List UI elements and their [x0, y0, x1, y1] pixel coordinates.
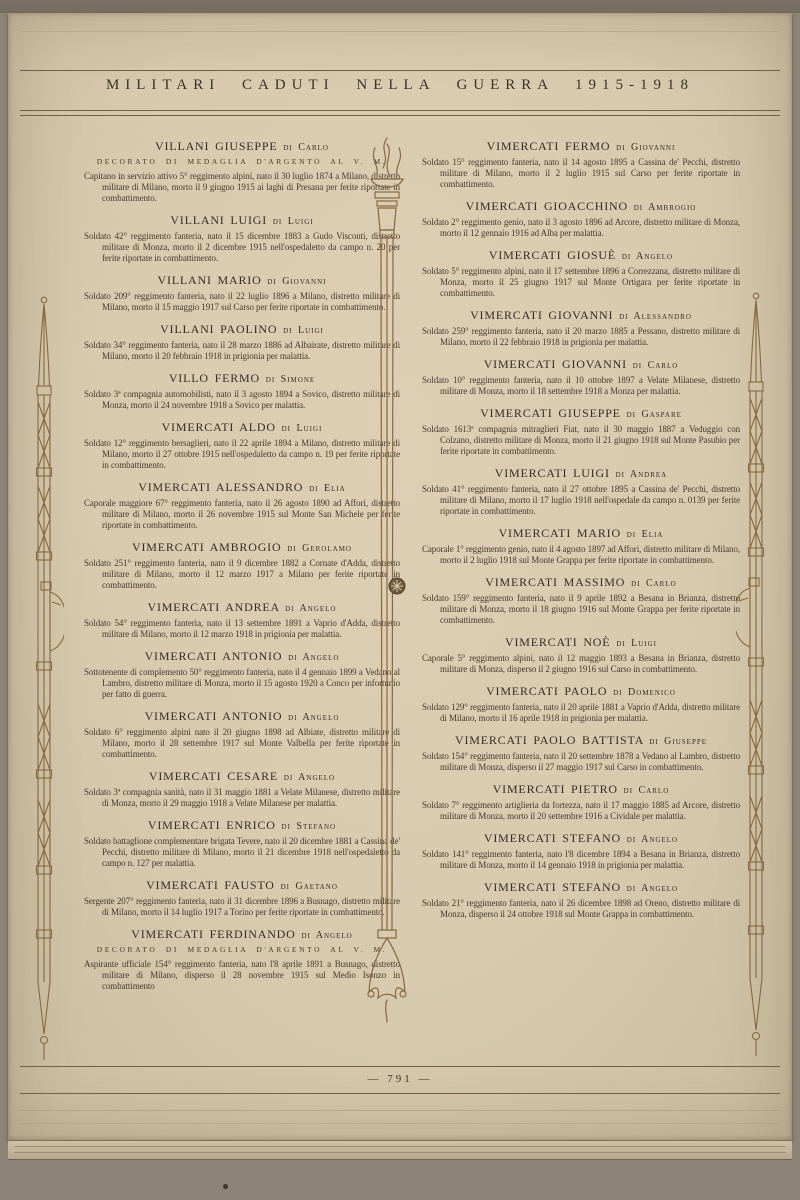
soldier-record-text: Soldato 141° reggimento fanteria, nato l… [422, 849, 740, 871]
soldier-entry: VIMERCATI ANTONIO di Angelo Soldato 6° r… [84, 709, 400, 760]
soldier-heading: VIMERCATI GIOSUÈ di Angelo [422, 248, 740, 263]
footer-rule-bottom [20, 1093, 780, 1094]
soldier-name: VIMERCATI FERMO [487, 139, 611, 153]
soldier-record-text: Soldato battaglione complementare brigat… [84, 836, 400, 869]
soldier-heading: VILLANI PAOLINO di Luigi [84, 322, 400, 337]
soldier-heading: VIMERCATI PAOLO di Domenico [422, 684, 740, 699]
soldier-record-text: Soldato 15° reggimento fanteria, nato il… [422, 157, 740, 190]
soldier-entry: VIMERCATI STEFANO di Angelo Soldato 21° … [422, 880, 740, 920]
soldier-heading: VIMERCATI ALDO di Luigi [84, 420, 400, 435]
soldier-record-text: Soldato 209° reggimento fanteria, nato i… [84, 291, 400, 313]
page-title: MILITARI CADUTI NELLA GUERRA 1915-1918 [8, 77, 792, 94]
soldier-record-text: Soldato 6° reggimento alpini nato il 20 … [84, 727, 400, 760]
soldier-father-name: di Giuseppe [649, 736, 707, 747]
soldier-entry: VIMERCATI STEFANO di Angelo Soldato 141°… [422, 831, 740, 871]
soldier-father-name: di Carlo [624, 785, 670, 796]
soldier-entry: VIMERCATI GIOSUÈ di Angelo Soldato 5° re… [422, 248, 740, 299]
under-page-edge-line [20, 1110, 780, 1111]
soldier-heading: VILLANI MARIO di Giovanni [84, 273, 400, 288]
soldier-record-text: Soldato 21° reggimento fanteria, nato il… [422, 898, 740, 920]
soldier-heading: VILLO FERMO di Simone [84, 371, 400, 386]
soldier-name: VIMERCATI FAUSTO [146, 878, 275, 892]
soldier-name: VIMERCATI GIOSUÈ [489, 248, 616, 262]
soldier-father-name: di Angelo [285, 603, 336, 614]
soldier-entry: VIMERCATI FAUSTO di Gaetano Sergente 207… [84, 878, 400, 918]
soldier-record-text: Soldato 54° reggimento fanteria, nato il… [84, 618, 400, 640]
soldier-record-text: Soldato 3ª compagnia automobilisti, nato… [84, 389, 400, 411]
soldier-father-name: di Luigi [283, 325, 324, 336]
soldier-record-text: Soldato 159° reggimento fanteria, nato i… [422, 593, 740, 626]
soldier-entry: VIMERCATI AMBROGIO di Gerolamo Soldato 2… [84, 540, 400, 591]
soldier-entry: VIMERCATI PAOLO di Domenico Soldato 129°… [422, 684, 740, 724]
under-page-edge-line [20, 1123, 780, 1124]
soldier-father-name: di Giovanni [267, 276, 326, 287]
soldier-record-text: Soldato 12° reggimento bersaglieri, nato… [84, 438, 400, 471]
soldier-name: VIMERCATI STEFANO [484, 880, 621, 894]
soldier-name: VILLANI GIUSEPPE [155, 139, 277, 153]
soldier-father-name: di Luigi [616, 638, 657, 649]
soldier-entry: VIMERCATI ALDO di Luigi Soldato 12° regg… [84, 420, 400, 471]
soldier-entry: VIMERCATI GIOACCHINO di Ambrogio Soldato… [422, 199, 740, 239]
soldier-father-name: di Alessandro [619, 311, 692, 322]
soldier-father-name: di Stefano [282, 821, 337, 832]
soldier-entry: VIMERCATI GIUSEPPE di Gaspare Soldato 16… [422, 406, 740, 457]
soldier-name: VIMERCATI MASSIMO [485, 575, 625, 589]
soldier-entry: VIMERCATI FERMO di Giovanni Soldato 15° … [422, 139, 740, 190]
soldier-name: VIMERCATI GIUSEPPE [480, 406, 621, 420]
soldier-father-name: di Angelo [284, 772, 335, 783]
soldier-entry: VIMERCATI ALESSANDRO di Elia Caporale ma… [84, 480, 400, 531]
soldier-entry: VILLANI MARIO di Giovanni Soldato 209° r… [84, 273, 400, 313]
left-column: VILLANI GIUSEPPE di Carlo DECORATO DI ME… [84, 139, 400, 1001]
soldier-father-name: di Luigi [273, 216, 314, 227]
soldier-name: VIMERCATI LUIGI [495, 466, 610, 480]
page-number: — 791 — [8, 1073, 792, 1085]
soldier-entry: VIMERCATI FERDINANDO di Angelo DECORATO … [84, 927, 400, 992]
soldier-father-name: di Giovanni [616, 142, 675, 153]
soldier-father-name: di Carlo [283, 142, 329, 153]
soldier-name: VILLANI MARIO [157, 273, 261, 287]
soldier-record-text: Soldato 42° reggimento fanteria, nato il… [84, 231, 400, 264]
soldier-father-name: di Gaetano [281, 881, 338, 892]
header-rule-bottom-1 [20, 110, 780, 111]
soldier-father-name: di Gerolamo [287, 543, 352, 554]
photo-artifact-dot [223, 1184, 228, 1189]
soldier-name: VIMERCATI FERDINANDO [131, 927, 295, 941]
soldier-record-text: Soldato 41° reggimento fanteria, nato il… [422, 484, 740, 517]
fasces-spear-ornament-left-icon [24, 290, 64, 1067]
soldier-father-name: di Angelo [288, 652, 339, 663]
soldier-heading: VIMERCATI ALESSANDRO di Elia [84, 480, 400, 495]
soldier-heading: VIMERCATI AMBROGIO di Gerolamo [84, 540, 400, 555]
soldier-name: VILLO FERMO [169, 371, 260, 385]
soldier-heading: VIMERCATI ANTONIO di Angelo [84, 649, 400, 664]
soldier-record-text: Soldato 2° reggimento genio, nato il 3 a… [422, 217, 740, 239]
soldier-name: VIMERCATI CESARE [149, 769, 278, 783]
fasces-spear-ornament-right-icon [736, 286, 776, 1063]
soldier-entry: VIMERCATI PAOLO BATTISTA di Giuseppe Sol… [422, 733, 740, 773]
soldier-father-name: di Angelo [627, 834, 678, 845]
soldier-heading: VIMERCATI PAOLO BATTISTA di Giuseppe [422, 733, 740, 748]
soldier-record-text: Soldato 5° reggimento alpini, nato il 17… [422, 266, 740, 299]
torch-column-ornament-icon [364, 134, 410, 1031]
soldier-name: VIMERCATI NOÈ [505, 635, 610, 649]
soldier-entry: VIMERCATI ANTONIO di Angelo Sottotenente… [84, 649, 400, 700]
soldier-father-name: di Ambrogio [634, 202, 697, 213]
soldier-name: VIMERCATI ENRICO [148, 818, 276, 832]
soldier-father-name: di Carlo [633, 360, 679, 371]
right-column: VIMERCATI FERMO di Giovanni Soldato 15° … [422, 139, 740, 929]
soldier-name: VIMERCATI PAOLO [486, 684, 607, 698]
soldier-record-text: Aspirante ufficiale 154° reggimento fant… [84, 959, 400, 992]
soldier-father-name: di Angelo [622, 251, 673, 262]
soldier-heading: VIMERCATI STEFANO di Angelo [422, 831, 740, 846]
soldier-record-text: Soldato 3ª compagnia sanità, nato il 31 … [84, 787, 400, 809]
soldier-heading: VIMERCATI GIOACCHINO di Ambrogio [422, 199, 740, 214]
soldier-entry: VIMERCATI MARIO di Elia Caporale 1° regg… [422, 526, 740, 566]
soldier-father-name: di Luigi [282, 423, 323, 434]
soldier-heading: VIMERCATI LUIGI di Andrea [422, 466, 740, 481]
soldier-heading: VIMERCATI MASSIMO di Carlo [422, 575, 740, 590]
soldier-entry: VIMERCATI ANDREA di Angelo Soldato 54° r… [84, 600, 400, 640]
soldier-father-name: di Angelo [301, 930, 352, 941]
soldier-entry: VIMERCATI ENRICO di Stefano Soldato batt… [84, 818, 400, 869]
soldier-heading: VIMERCATI FAUSTO di Gaetano [84, 878, 400, 893]
soldier-father-name: di Andrea [616, 469, 668, 480]
soldier-record-text: Capitano in servizio attivo 5° reggiment… [84, 171, 400, 204]
soldier-entry: VILLANI PAOLINO di Luigi Soldato 34° reg… [84, 322, 400, 362]
soldier-record-text: Soldato 1613ª compagnia mitraglieri Fiat… [422, 424, 740, 457]
soldier-entry: VIMERCATI LUIGI di Andrea Soldato 41° re… [422, 466, 740, 517]
soldier-father-name: di Angelo [627, 883, 678, 894]
soldier-name: VIMERCATI MARIO [499, 526, 621, 540]
soldier-heading: VIMERCATI FERDINANDO di Angelo [84, 927, 400, 942]
soldier-heading: VIMERCATI PIETRO di Carlo [422, 782, 740, 797]
soldier-heading: VIMERCATI GIOVANNI di Alessandro [422, 308, 740, 323]
soldier-father-name: di Simone [266, 374, 315, 385]
soldier-record-text: Soldato 251° reggimento fanteria, nato i… [84, 558, 400, 591]
soldier-record-text: Caporale 1° reggimento genio, nato il 4 … [422, 544, 740, 566]
soldier-entry: VIMERCATI PIETRO di Carlo Soldato 7° reg… [422, 782, 740, 822]
soldier-heading: VILLANI LUIGI di Luigi [84, 213, 400, 228]
soldier-name: VIMERCATI GIOVANNI [470, 308, 613, 322]
decoration-line: DECORATO DI MEDAGLIA D'ARGENTO AL V. M. [84, 157, 400, 166]
soldier-entry: VILLO FERMO di Simone Soldato 3ª compagn… [84, 371, 400, 411]
soldier-record-text: Soldato 34° reggimento fanteria, nato il… [84, 340, 400, 362]
soldier-record-text: Soldato 10° reggimento fanteria, nato il… [422, 375, 740, 397]
book-page-stack-edge [8, 1140, 792, 1160]
soldier-name: VIMERCATI ANTONIO [145, 709, 283, 723]
decoration-line: DECORATO DI MEDAGLIA D'ARGENTO AL V. M. [84, 945, 400, 954]
soldier-father-name: di Gaspare [627, 409, 682, 420]
soldier-record-text: Caporale 5° reggimento alpini, nato il 1… [422, 653, 740, 675]
soldier-entry: VIMERCATI NOÈ di Luigi Caporale 5° reggi… [422, 635, 740, 675]
soldier-entry: VIMERCATI CESARE di Angelo Soldato 3ª co… [84, 769, 400, 809]
page-edge-line [20, 31, 780, 32]
soldier-heading: VIMERCATI CESARE di Angelo [84, 769, 400, 784]
soldier-father-name: di Carlo [631, 578, 677, 589]
soldier-name: VIMERCATI GIOACCHINO [466, 199, 628, 213]
header-rule-top [20, 70, 780, 71]
soldier-entry: VIMERCATI GIOVANNI di Carlo Soldato 10° … [422, 357, 740, 397]
soldier-record-text: Soldato 154° reggimento fanteria, nato i… [422, 751, 740, 773]
soldier-heading: VIMERCATI GIOVANNI di Carlo [422, 357, 740, 372]
soldier-name: VILLANI PAOLINO [160, 322, 277, 336]
soldier-heading: VIMERCATI ANDREA di Angelo [84, 600, 400, 615]
soldier-entry: VIMERCATI MASSIMO di Carlo Soldato 159° … [422, 575, 740, 626]
soldier-heading: VIMERCATI ENRICO di Stefano [84, 818, 400, 833]
soldier-record-text: Soldato 129° reggimento fanteria, nato i… [422, 702, 740, 724]
soldier-entry: VILLANI GIUSEPPE di Carlo DECORATO DI ME… [84, 139, 400, 204]
soldier-name: VIMERCATI ALESSANDRO [138, 480, 303, 494]
soldier-name: VIMERCATI ANTONIO [145, 649, 283, 663]
soldier-name: VIMERCATI GIOVANNI [484, 357, 627, 371]
soldier-heading: VIMERCATI GIUSEPPE di Gaspare [422, 406, 740, 421]
soldier-record-text: Caporale maggiore 67° reggimento fanteri… [84, 498, 400, 531]
header-rule-bottom-2 [20, 115, 780, 116]
soldier-record-text: Sergente 207° reggimento fanteria, nato … [84, 896, 400, 918]
footer-rule-top [20, 1066, 780, 1067]
soldier-name: VIMERCATI ANDREA [148, 600, 280, 614]
soldier-heading: VIMERCATI FERMO di Giovanni [422, 139, 740, 154]
soldier-name: VIMERCATI AMBROGIO [132, 540, 281, 554]
soldier-heading: VIMERCATI ANTONIO di Angelo [84, 709, 400, 724]
soldier-entry: VILLANI LUIGI di Luigi Soldato 42° reggi… [84, 213, 400, 264]
soldier-father-name: di Elia [309, 483, 346, 494]
soldier-father-name: di Elia [627, 529, 664, 540]
soldier-record-text: Soldato 259° reggimento fanteria, nato i… [422, 326, 740, 348]
soldier-heading: VILLANI GIUSEPPE di Carlo [84, 139, 400, 154]
soldier-father-name: di Angelo [288, 712, 339, 723]
soldier-name: VIMERCATI PIETRO [493, 782, 618, 796]
soldier-heading: VIMERCATI MARIO di Elia [422, 526, 740, 541]
soldier-record-text: Soldato 7° reggimento artiglieria da for… [422, 800, 740, 822]
photo-edge-band [0, 0, 800, 13]
soldier-entry: VIMERCATI GIOVANNI di Alessandro Soldato… [422, 308, 740, 348]
soldier-heading: VIMERCATI STEFANO di Angelo [422, 880, 740, 895]
soldier-name: VIMERCATI ALDO [162, 420, 276, 434]
rosette-medallion-icon [389, 578, 405, 594]
soldier-name: VIMERCATI PAOLO BATTISTA [455, 733, 643, 747]
soldier-record-text: Sottotenente di complemento 50° reggimen… [84, 667, 400, 700]
soldier-heading: VIMERCATI NOÈ di Luigi [422, 635, 740, 650]
soldier-father-name: di Domenico [613, 687, 676, 698]
soldier-name: VILLANI LUIGI [170, 213, 267, 227]
soldier-name: VIMERCATI STEFANO [484, 831, 621, 845]
